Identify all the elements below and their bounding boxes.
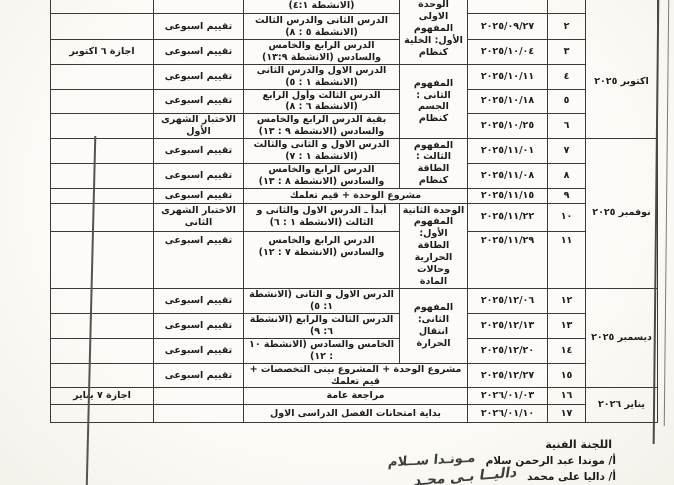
week-cell: ١٣ <box>548 313 586 338</box>
page-edge-line <box>664 0 670 426</box>
week-cell: ٧ <box>548 139 586 164</box>
review-cell: مراجعة عامة <box>244 388 468 405</box>
date-cell: ٢٠٢٥/١٠/١٨ <box>468 89 548 114</box>
unit-cell: المفهوم الثالث : الطاقة كنظام <box>400 139 468 189</box>
date-cell: ٢٠٢٥/١١/٢٢ <box>468 203 548 231</box>
assessment-cell: تقييم اسبوعى <box>154 89 244 114</box>
holiday-cell <box>51 64 154 89</box>
holiday-cell <box>51 313 154 338</box>
table-row: ٨ ٢٠٢٥/١١/٠٨ الدرس الرابع والخامس والساد… <box>51 163 658 188</box>
assessment-cell: تقييم اسبوعى <box>154 313 244 338</box>
lesson-cell: الدرس الاول و الثانى والثالث (الانشطة ١ … <box>244 139 400 164</box>
month-cell: نوفمبر ٢٠٢٥ <box>586 139 658 289</box>
table-row: ١٣ ٢٠٢٥/١٢/١٣ الدرس الثالث والرابع (الان… <box>51 313 658 338</box>
assessment-cell: الاختبار الشهرى الأول <box>154 114 244 139</box>
week-cell: ٤ <box>548 64 586 89</box>
date-cell: ٢٠٢٥/١١/٠٨ <box>468 163 548 188</box>
holiday-cell: اجازة ٧ يناير <box>51 388 154 405</box>
week-cell: ١١ <box>548 231 586 288</box>
signer-printed-name: أ/ داليا على محمد <box>527 471 616 483</box>
table-row: ١٥ ٢٠٢٥/١٢/٢٧ مشروع الوحدة + المشروع بين… <box>51 363 658 388</box>
holiday-cell <box>51 405 154 423</box>
week-cell: ١٠ <box>548 203 586 231</box>
assessment-cell: تقييم اسبوعى <box>154 188 244 203</box>
signer-row: أ/ داليا على محمد داليــا بـى محـد <box>286 469 616 485</box>
unit-project-cell: مشروع الوحدة + قيم تعلمك <box>244 188 468 203</box>
table-row: ٦ ٢٠٢٥/١٠/٢٥ بقية الدرس الرابع والخامس و… <box>51 114 658 139</box>
unit-cell: الوحدة الاولى المفهوم الأول: الخلية كنظا… <box>400 0 468 64</box>
table-row: يناير ٢٠٢٦ ١٦ ٢٠٢٦/٠١/٠٣ مراجعة عامة اجا… <box>51 388 658 405</box>
assessment-cell: تقييم اسبوعى <box>154 363 244 388</box>
month-cell: يناير ٢٠٢٦ <box>586 388 658 423</box>
week-cell <box>548 0 586 14</box>
lesson-cell: الدرس الاول و الثانى (الانشطة ١: ٥) <box>244 288 400 313</box>
holiday-cell <box>51 188 154 203</box>
assessment-cell <box>154 0 244 14</box>
lesson-cell: الدرس الاول والدرس الثانى (الانشطة ١ : ٥… <box>244 64 400 89</box>
holiday-cell <box>51 338 154 363</box>
date-cell: ٢٠٢٦/٠١/٠٣ <box>468 388 548 405</box>
lesson-cell: الدرس الثالث وأول الرابع (الانشطة ٦ : ٨) <box>244 89 400 114</box>
lesson-cell: الدرس الثانى والدرس الثالث (الانشطة ٥ : … <box>244 14 400 40</box>
week-cell: ٣ <box>548 40 586 65</box>
table-row: ٩ ٢٠٢٥/١١/١٥ مشروع الوحدة + قيم تعلمك تق… <box>51 188 658 203</box>
lesson-cell: (الانشطة ٤:١) <box>244 0 400 14</box>
unit-cell: المفهوم الثانى : الجسم كنظام <box>400 64 468 138</box>
unit-project-cell: مشروع الوحدة + المشروع بينى التخصصات + ق… <box>244 363 468 388</box>
assessment-cell: تقييم اسبوعى <box>154 14 244 40</box>
assessment-cell: تقييم اسبوعى <box>154 40 244 65</box>
table-row: ٥ ٢٠٢٥/١٠/١٨ الدرس الثالث وأول الرابع (ا… <box>51 89 658 114</box>
week-cell: ٥ <box>548 89 586 114</box>
date-cell <box>468 0 548 14</box>
week-cell: ٨ <box>548 163 586 188</box>
table-row: ١٠ ٢٠٢٥/١١/٢٢ الوحدة الثانية المفهوم الأ… <box>51 203 658 231</box>
week-cell: ١٤ <box>548 338 586 363</box>
table-row: ١١ ٢٠٢٥/١١/٢٩ الدرس الرابع والخامس والسا… <box>51 231 658 288</box>
signer-row: أ/ موندا عبد الرحمن سلام مـونـدا ســلام <box>286 453 616 468</box>
date-cell: ٢٠٢٥/١٢/٢٧ <box>468 363 548 388</box>
holiday-cell <box>51 114 154 139</box>
date-cell: ٢٠٢٥/٠٩/٢٧ <box>468 14 548 40</box>
assessment-cell: تقييم اسبوعى <box>154 288 244 313</box>
holiday-cell <box>51 231 154 288</box>
month-cell: اكتوبر ٢٠٢٥ <box>586 0 658 139</box>
table-row: ٢ ٢٠٢٥/٠٩/٢٧ الدرس الثانى والدرس الثالث … <box>51 14 658 40</box>
date-cell: ٢٠٢٥/١١/١٥ <box>468 188 548 203</box>
holiday-cell <box>51 89 154 114</box>
page: اكتوبر ٢٠٢٥ الوحدة الاولى المفهوم الأول:… <box>0 0 674 485</box>
lesson-cell: الدرس الرابع والخامس والسادس (الانشطة ١٣… <box>244 40 400 65</box>
holiday-cell <box>51 14 154 40</box>
month-cell: ديسمبر ٢٠٢٥ <box>586 288 658 388</box>
table-row: ديسمبر ٢٠٢٥ ١٢ ٢٠٢٥/١٢/٠٦ المفهوم الثانى… <box>51 288 658 313</box>
assessment-cell: تقييم اسبوعى <box>154 139 244 164</box>
unit-cell: الوحدة الثانية المفهوم الأول: الطاقة الح… <box>400 203 468 288</box>
holiday-cell <box>51 0 154 14</box>
signature-monda: مـونـدا ســلام <box>387 451 476 471</box>
date-cell: ٢٠٢٥/١٢/١٣ <box>468 313 548 338</box>
lesson-cell: الدرس الرابع والخامس والسادس (الانشطة ٧ … <box>244 231 400 288</box>
holiday-cell <box>51 203 154 231</box>
lesson-cell: الدرس الرابع والخامس والسادس (الانشطة ٨ … <box>244 163 400 188</box>
unit-cell: المفهوم الثانى: انتقال الحرارة <box>400 288 468 363</box>
table-row: ١٤ ٢٠٢٥/١٢/٢٠ الخامس والسادس (الانشطة ١٠… <box>51 338 658 363</box>
scanned-curriculum-document: { "table": { "months": { "october": "اكت… <box>0 0 674 485</box>
assessment-cell: تقييم اسبوعى <box>154 163 244 188</box>
table-row: نوفمبر ٢٠٢٥ ٧ ٢٠٢٥/١١/٠١ المفهوم الثالث … <box>51 139 658 164</box>
footer: اللجنة الفنية أ/ موندا عبد الرحمن سلام م… <box>286 438 616 485</box>
week-cell: ١٥ <box>548 363 586 388</box>
date-cell: ٢٠٢٥/١٠/٢٥ <box>468 114 548 139</box>
table-row: اكتوبر ٢٠٢٥ الوحدة الاولى المفهوم الأول:… <box>51 0 658 14</box>
holiday-cell <box>51 363 154 388</box>
holiday-cell <box>51 139 154 164</box>
assessment-cell <box>154 405 244 423</box>
date-cell: ٢٠٢٦/٠١/١٠ <box>468 405 548 423</box>
lesson-cell: بقية الدرس الرابع والخامس والسادس (الانش… <box>244 114 400 139</box>
week-cell: ٢ <box>548 14 586 40</box>
curriculum-schedule-table: اكتوبر ٢٠٢٥ الوحدة الاولى المفهوم الأول:… <box>50 0 658 423</box>
assessment-cell: تقييم اسبوعى <box>154 231 244 288</box>
week-cell: ١٦ <box>548 388 586 405</box>
week-cell: ٩ <box>548 188 586 203</box>
holiday-cell <box>51 163 154 188</box>
exams-start-cell: بداية امتحانات الفصل الدراسى الاول <box>244 405 468 423</box>
date-cell: ٢٠٢٥/١٠/١١ <box>468 64 548 89</box>
date-cell: ٢٠٢٥/١١/٢٩ <box>468 231 548 288</box>
date-cell: ٢٠٢٥/١٢/٢٠ <box>468 338 548 363</box>
assessment-cell: تقييم اسبوعى <box>154 64 244 89</box>
table-row: ١٧ ٢٠٢٦/٠١/١٠ بداية امتحانات الفصل الدرا… <box>51 405 658 423</box>
lesson-cell: أبدأ ـ الدرس الاول والثانى و الثالث (الا… <box>244 203 400 231</box>
week-cell: ١٧ <box>548 405 586 423</box>
table-row: ٣ ٢٠٢٥/١٠/٠٤ الدرس الرابع والخامس والساد… <box>51 40 658 65</box>
table-row: ٤ ٢٠٢٥/١٠/١١ المفهوم الثانى : الجسم كنظا… <box>51 64 658 89</box>
week-cell: ٦ <box>548 114 586 139</box>
holiday-cell <box>51 288 154 313</box>
lesson-cell: الخامس والسادس (الانشطة ١٠ : ١٢) <box>244 338 400 363</box>
date-cell: ٢٠٢٥/١١/٠١ <box>468 139 548 164</box>
committee-title: اللجنة الفنية <box>286 438 612 451</box>
holiday-cell: اجازة ٦ اكتوبر <box>51 40 154 65</box>
week-cell: ١٢ <box>548 288 586 313</box>
date-cell: ٢٠٢٥/١٢/٠٦ <box>468 288 548 313</box>
assessment-cell: تقييم اسبوعى <box>154 338 244 363</box>
date-cell: ٢٠٢٥/١٠/٠٤ <box>468 40 548 65</box>
assessment-cell: الاختبار الشهرى الثانى <box>154 203 244 231</box>
lesson-cell: الدرس الثالث والرابع (الانشطة ٦: ٩) <box>244 313 400 338</box>
assessment-cell <box>154 388 244 405</box>
